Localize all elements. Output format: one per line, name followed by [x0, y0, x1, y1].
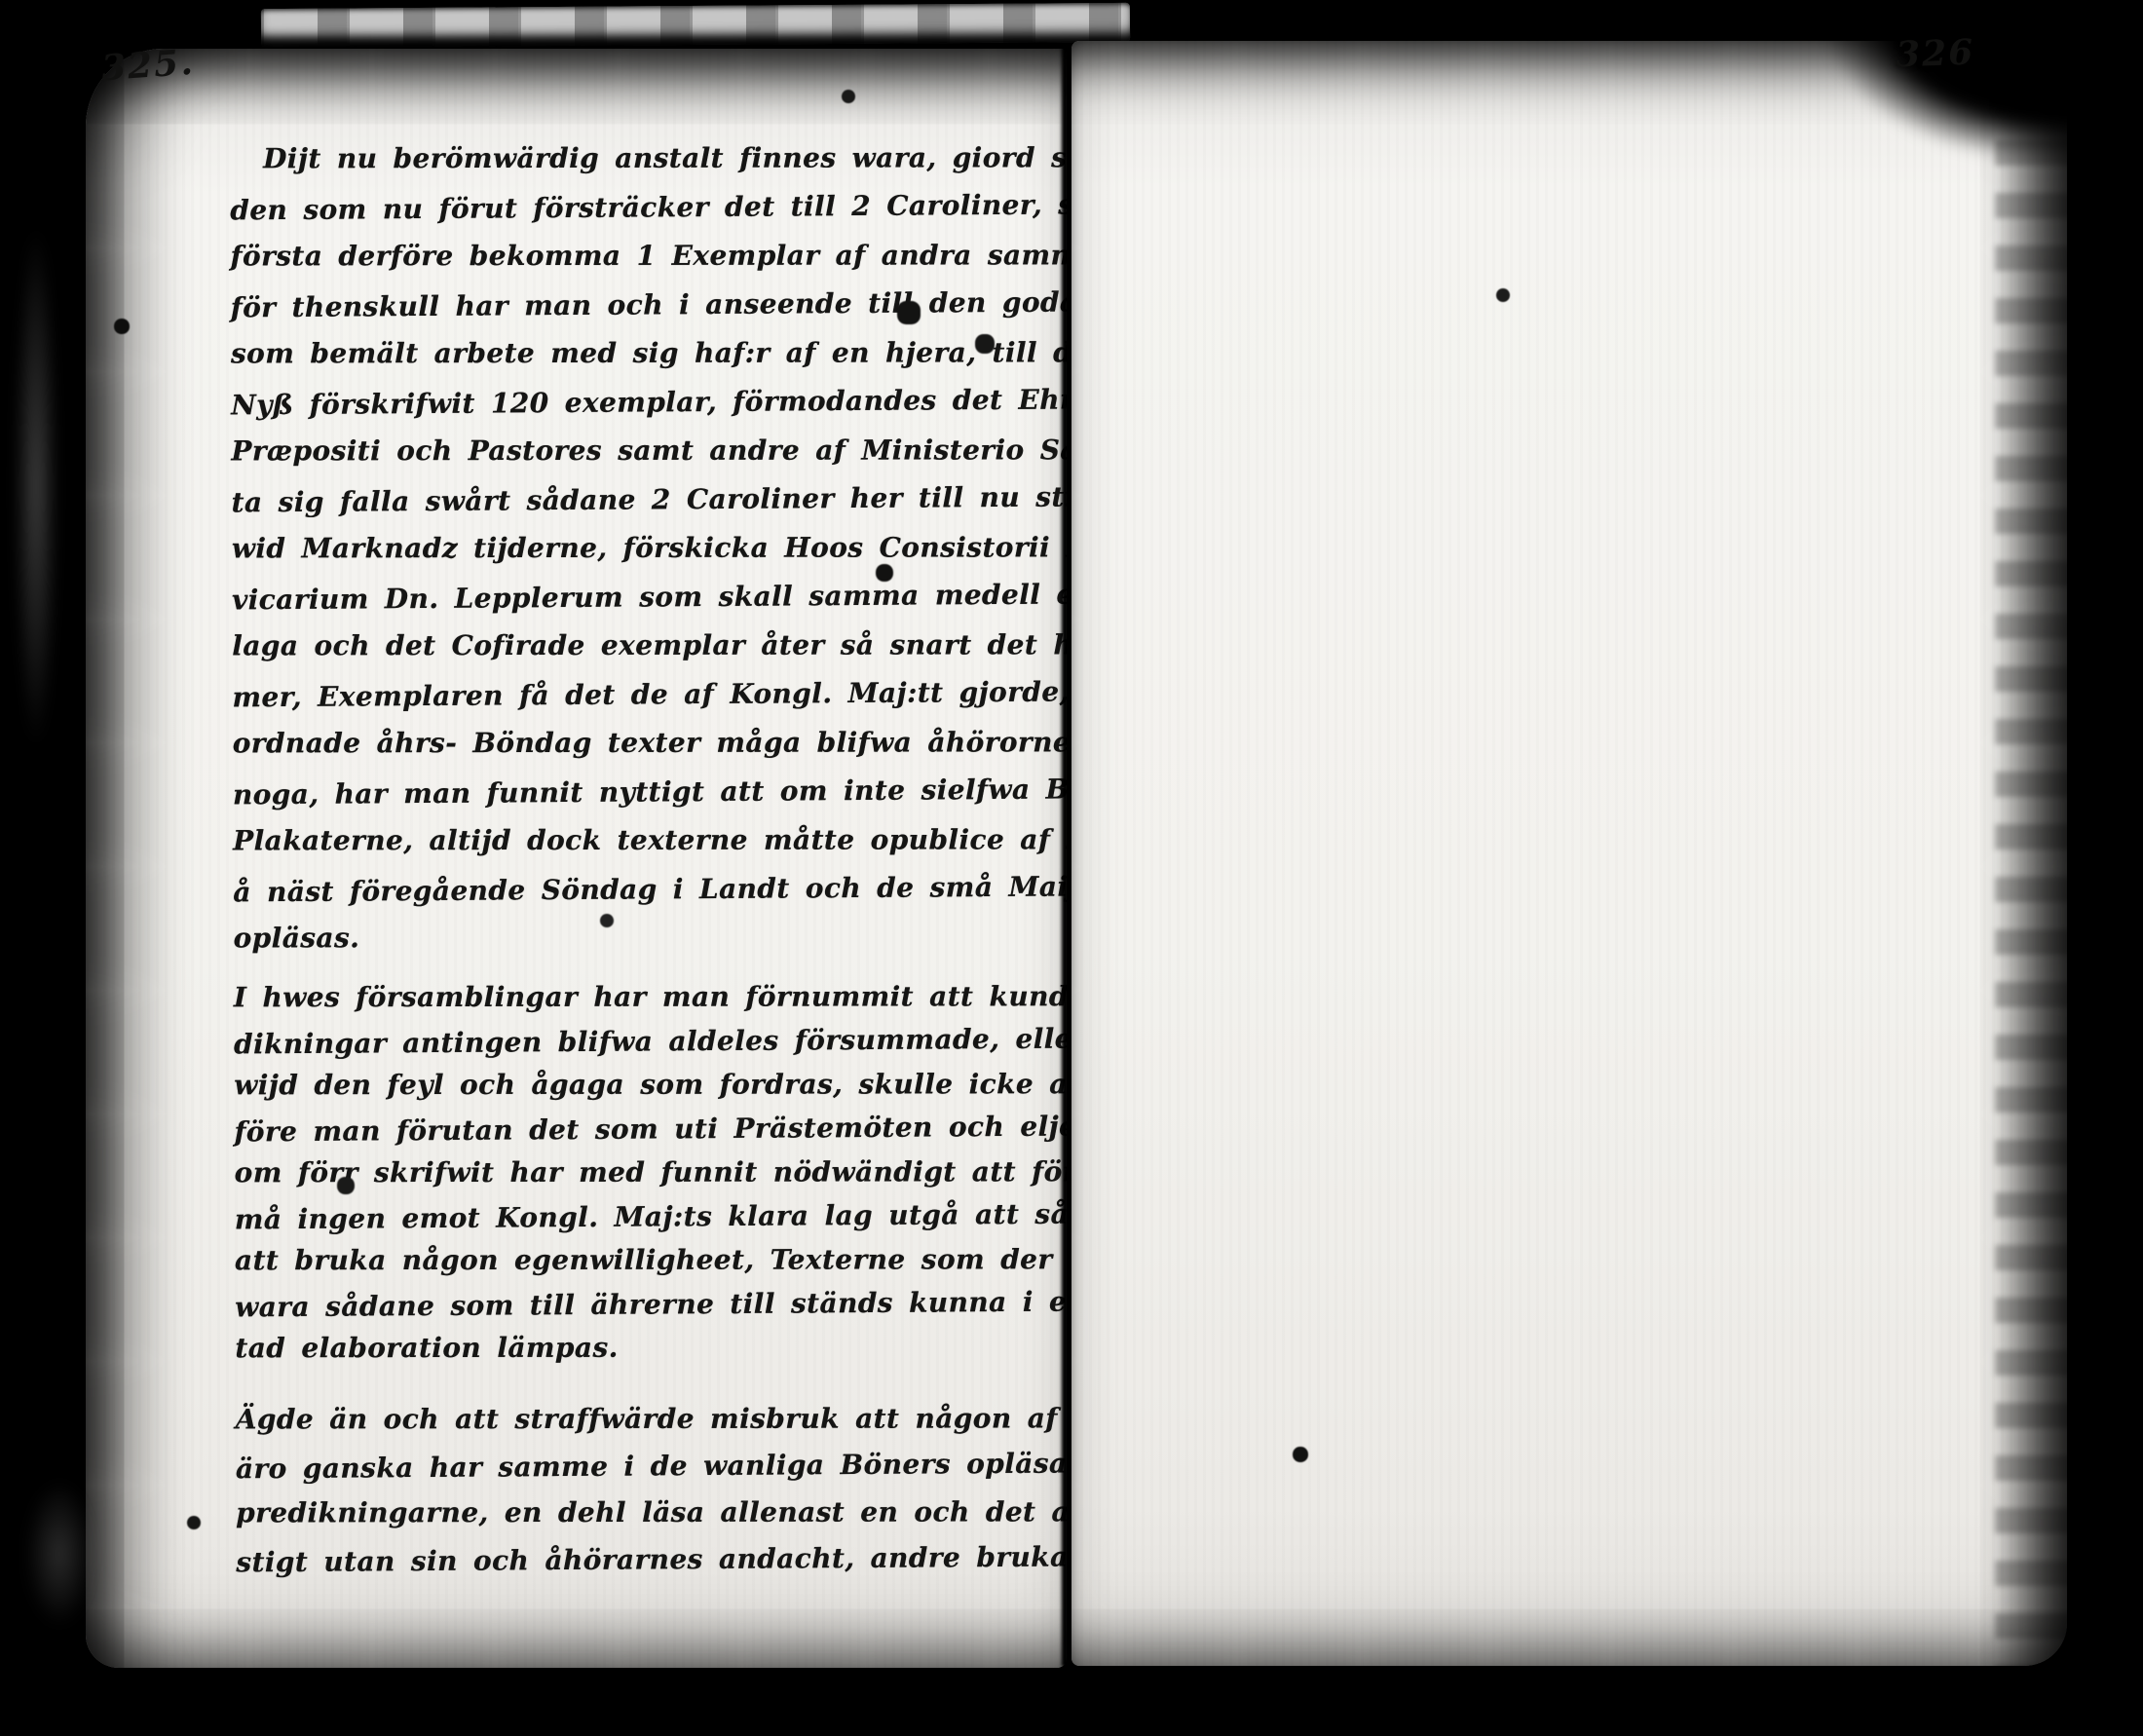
manuscript-line: opläsas. [234, 921, 1067, 970]
ink-blots [0, 0, 6, 6]
manuscript-line: stigt utan sin och åhörarnes andacht, an… [236, 1539, 1067, 1593]
manuscript-line: före man förutan det som uti Prästemöten… [234, 1109, 1067, 1160]
manuscript-line: må ingen emot Kongl. Maj:ts klara lag ut… [235, 1196, 1067, 1248]
manuscript-line: wara sådane som till ährerne till ständs… [235, 1284, 1067, 1336]
left-paragraph-1: Dijt nu berömwärdig anstalt finnes wara,… [230, 139, 1067, 972]
manuscript-line: Præpositi och Pastores samt andre af Min… [231, 434, 1067, 483]
left-page-text: Dijt nu berömwärdig anstalt finnes wara,… [230, 140, 1067, 144]
manuscript-line: för thenskull har man och i anseende til… [231, 284, 1067, 340]
left-paragraph-2: I hwes församblingar har man förnummit a… [234, 978, 1067, 1377]
manuscript-line: den som nu förut försträcker det till 2 … [230, 187, 1067, 243]
manuscript-line: äro ganska har samme i de wanliga Böners… [236, 1446, 1067, 1499]
manuscript-line: Dijt nu berömwärdig anstalt finnes wara,… [263, 141, 1067, 191]
manuscript-line: noga, har man funnit nyttigt att om inte… [233, 772, 1067, 827]
right-page: ord och former som da kunna förekomma; H… [1071, 41, 2067, 1666]
manuscript-line: laga och det Cofirade exemplar åter så s… [232, 628, 1067, 678]
manuscript-line: dikningar antingen blifwa aldeles försum… [234, 1021, 1067, 1073]
manuscript-line: predikningarne, en dehl läsa allenast en… [236, 1495, 1067, 1543]
manuscript-line: Ägde än och att straffwärde misbruk att … [236, 1402, 1067, 1450]
manuscript-line: vicarium Dn. Lepplerum som skall samma m… [232, 577, 1067, 632]
manuscript-line: ordnade åhrs- Böndag texter måga blifwa … [233, 726, 1067, 775]
manuscript-line: som bemält arbete med sig haf:r af en hj… [231, 336, 1067, 386]
manuscript-line: wijd den feyl och ågaga som fordras, sku… [234, 1068, 1067, 1113]
left-paragraph-3: Ägde än och att straffwärde misbruk att … [236, 1401, 1067, 1592]
left-edge-smudge [14, 224, 58, 750]
right-page-number: 326 [1895, 32, 1975, 76]
left-page: Dijt nu berömwärdig anstalt finnes wara,… [86, 49, 1067, 1668]
manuscript-line: om förr skrifwit har med funnit nödwändi… [235, 1155, 1067, 1200]
left-page-number: 325. [100, 42, 196, 90]
dark-right-edge [1995, 35, 2143, 1681]
book-gutter [1060, 45, 1071, 1666]
manuscript-line: tad elaboration lämpas. [235, 1331, 1067, 1376]
manuscript-line: första derföre bekomma 1 Exemplar af and… [231, 239, 1067, 288]
manuscript-line: att bruka någon egenwilligheet, Texterne… [235, 1243, 1067, 1288]
manuscript-line: I hwes församblingar har man förnummit a… [234, 980, 1067, 1025]
manuscript-line: ta sig falla swårt sådane 2 Caroliner he… [231, 479, 1067, 535]
manuscript-line: mer, Exemplaren få det de af Kongl. Maj:… [232, 674, 1067, 730]
manuscript-line: Nyß förskrifwit 120 exemplar, förmodande… [231, 382, 1067, 437]
manuscript-line: wid Marknadz tijderne, förskicka Hoos Co… [232, 531, 1067, 581]
manuscript-line: Plakaterne, altijd dock texterne måtte o… [233, 823, 1067, 873]
manuscript-line: å näst föregående Söndag i Landt och de … [233, 869, 1067, 925]
left-edge-smudge-lower [25, 1481, 94, 1627]
